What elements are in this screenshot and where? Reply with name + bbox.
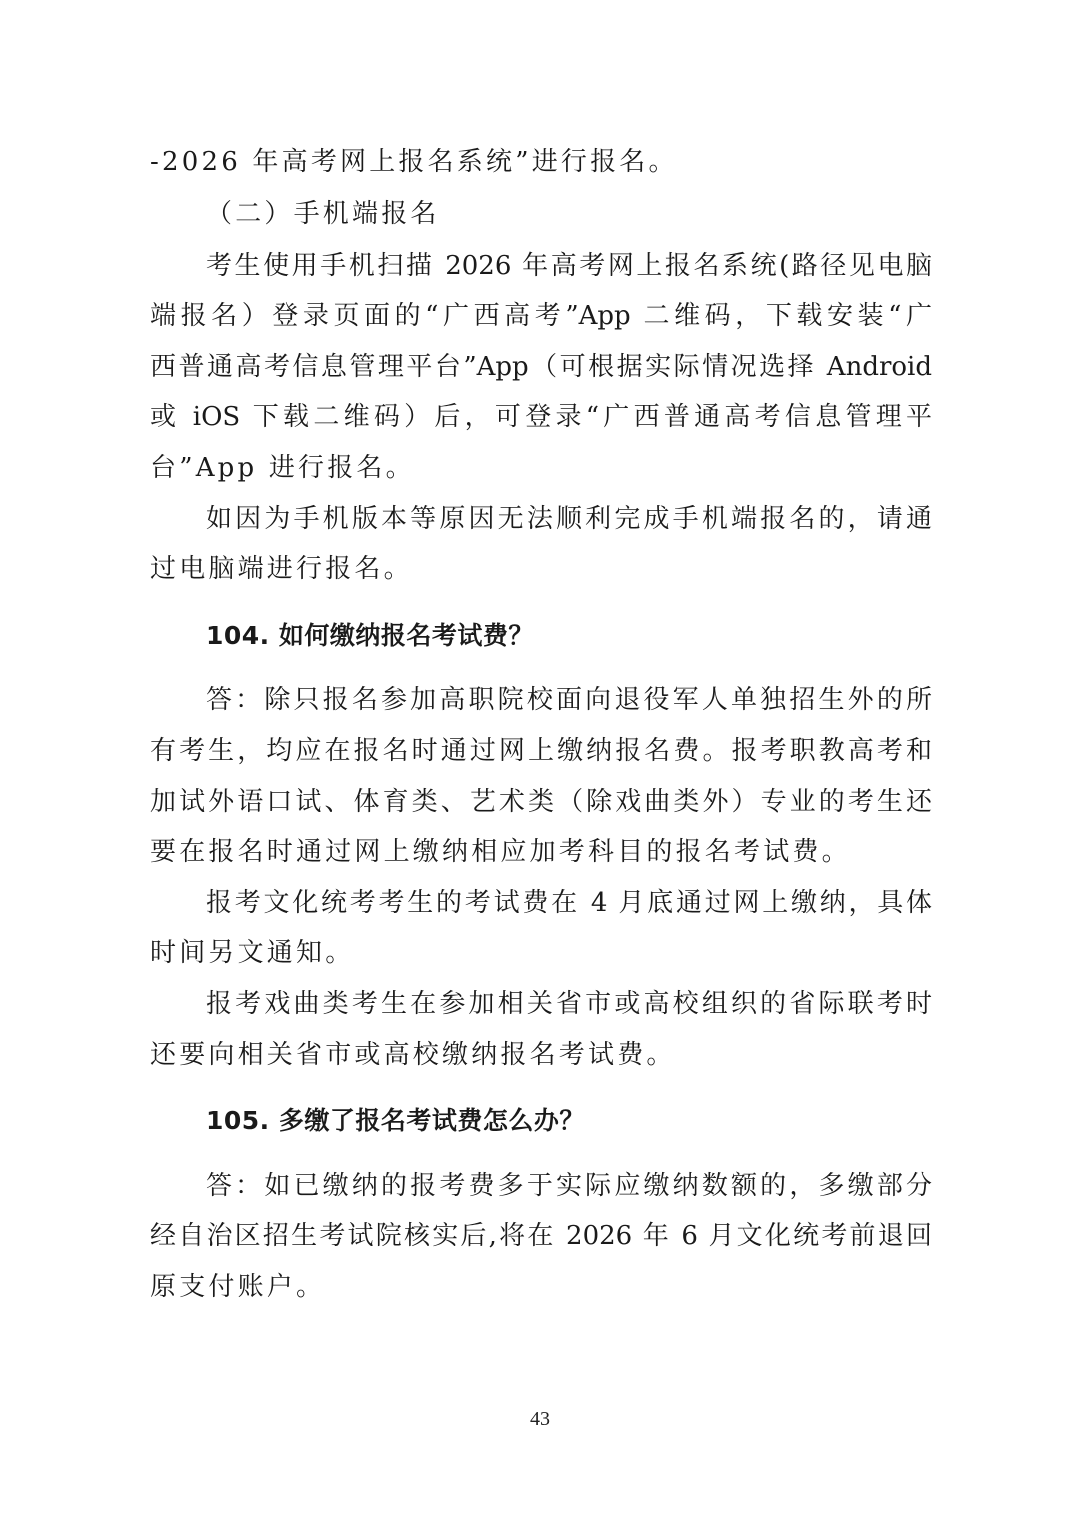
answer-line: 报考戏曲类考生在参加相关省市或高校组织的省际联考时 bbox=[150, 986, 932, 1022]
answer-line: 有考生，均应在报名时通过网上缴纳报名费。报考职教高考和 bbox=[150, 733, 932, 769]
answer-line: 还要向相关省市或高校缴纳报名考试费。 bbox=[150, 1037, 932, 1073]
text-line: 如因为手机版本等原因无法顺利完成手机端报名的，请通 bbox=[150, 501, 932, 537]
answer-line: 原支付账户。 bbox=[150, 1269, 932, 1305]
question-heading-104: 104. 如何缴纳报名考试费？ bbox=[206, 618, 534, 654]
answer-line: 答：除只报名参加高职院校面向退役军人单独招生外的所 bbox=[150, 682, 932, 718]
answer-line: 时间另文通知。 bbox=[150, 935, 932, 971]
text-line: 考生使用手机扫描 2026 年高考网上报名系统(路径见电脑 bbox=[150, 248, 932, 284]
answer-line: 加试外语口试、体育类、艺术类（除戏曲类外）专业的考生还 bbox=[150, 784, 932, 820]
text-line: 或 iOS 下载二维码）后，可登录“广西普通高考信息管理平 bbox=[150, 399, 932, 435]
answer-line: 答：如已缴纳的报考费多于实际应缴纳数额的，多缴部分 bbox=[150, 1168, 932, 1204]
text-line: -2026 年高考网上报名系统”进行报名。 bbox=[150, 144, 932, 180]
subsection-title-mobile-registration: （二）手机端报名 bbox=[150, 196, 932, 232]
text-line: 西普通高考信息管理平台”App（可根据实际情况选择 Android bbox=[150, 349, 932, 385]
page-number: 43 bbox=[0, 1405, 1080, 1433]
answer-line: 报考文化统考考生的考试费在 4 月底通过网上缴纳，具体 bbox=[150, 885, 932, 921]
text-line: 台”App 进行报名。 bbox=[150, 450, 932, 486]
answer-line: 经自治区招生考试院核实后,将在 2026 年 6 月文化统考前退回 bbox=[150, 1218, 932, 1254]
question-heading-105: 105. 多缴了报名考试费怎么办？ bbox=[206, 1103, 585, 1139]
answer-line: 要在报名时通过网上缴纳相应加考科目的报名考试费。 bbox=[150, 834, 932, 870]
text-line: 端报名）登录页面的“广西高考”App 二维码，下载安装“广 bbox=[150, 298, 932, 334]
text-line: 过电脑端进行报名。 bbox=[150, 551, 932, 587]
